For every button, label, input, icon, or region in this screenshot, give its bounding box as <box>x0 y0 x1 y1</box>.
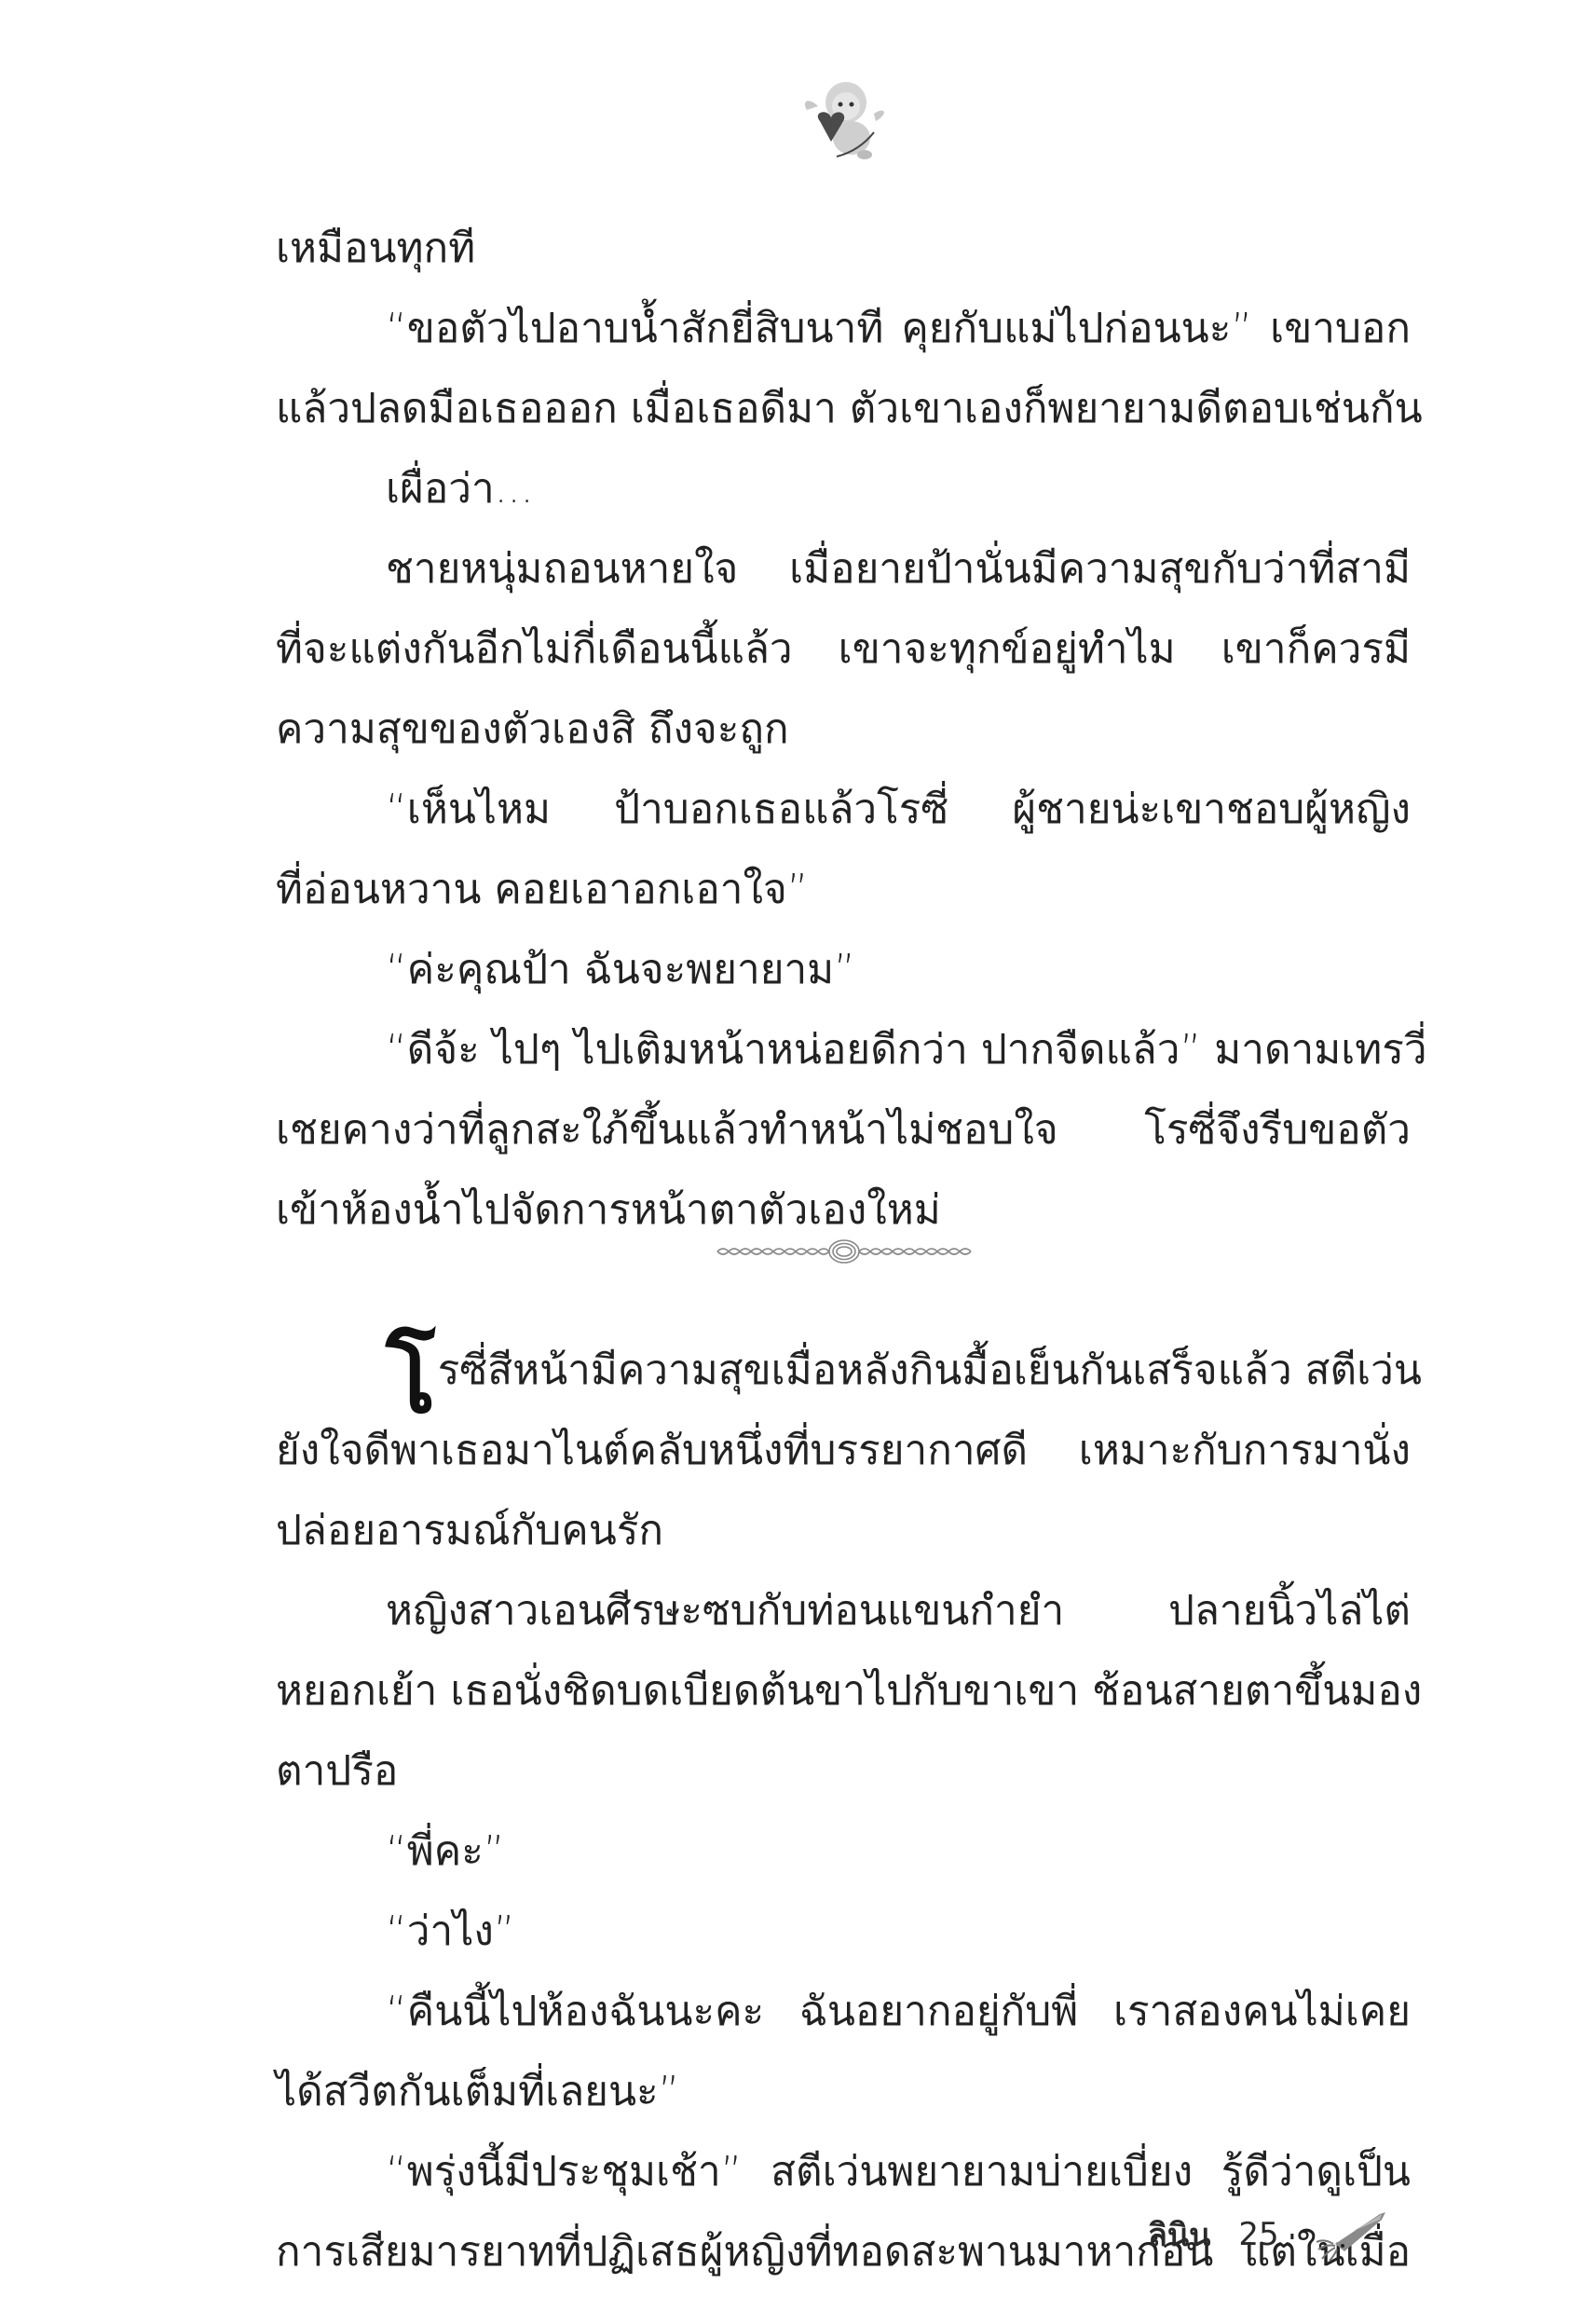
text-line: ที่อ่อนหวาน คอยเอาอกเอาใจ” <box>276 850 1411 930</box>
text-line: ปล่อยอารมณ์กับคนรัก <box>276 1491 1411 1571</box>
text-line: ความสุขของตัวเองสิ ถึงจะถูก <box>276 690 1411 770</box>
text-line: ได้สวีตกันเต็มที่เลยนะ” <box>276 2052 1411 2132</box>
ornamental-divider-icon <box>714 1238 975 1265</box>
text-line: “เห็นไหม ป้าบอกเธอแล้วโรซี่ ผู้ชายน่ะเขา… <box>276 770 1411 850</box>
text-line: “ขอตัวไปอาบน้ำสักยี่สิบนาที คุยกับแม่ไปก… <box>276 289 1411 369</box>
text-line-drop-cap: โรซี่สีหน้ามีความสุขเมื่อหลังกินมื้อเย็น… <box>276 1331 1411 1411</box>
text-line: “คืนนี้ไปห้องฉันนะคะ ฉันอยากอยู่กับพี่ เ… <box>276 1972 1411 2052</box>
text-line: ชายหนุ่มถอนหายใจ เมื่อยายป้านั่นมีความสุ… <box>276 529 1411 609</box>
text-line: เผื่อว่า... <box>276 449 1411 529</box>
text-line: “พรุ่งนี้มีประชุมเช้า” สตีเว่นพยายามบ่าย… <box>276 2132 1411 2212</box>
text-line: ตาปรือ <box>276 1731 1411 1812</box>
text-line: “ค่ะคุณป้า ฉันจะพยายาม” <box>276 930 1411 1010</box>
page-number: 25 <box>1238 2216 1278 2253</box>
text-line: รซี่สีหน้ามีความสุขเมื่อหลังกินมื้อเย็นก… <box>438 1347 1422 1394</box>
text-line: ยังใจดีพาเธอมาไนต์คลับหนึ่งที่บรรยากาศดี… <box>276 1411 1411 1491</box>
section-divider <box>276 1251 1411 1331</box>
text-line: ที่จะแต่งกันอีกไม่กี่เดือนนี้แล้ว เขาจะท… <box>276 609 1411 690</box>
text-line: “พี่คะ” <box>276 1812 1411 1892</box>
cherub-decoration-icon <box>799 75 893 168</box>
page-footer: ลินิน 25 <box>1148 2207 1391 2263</box>
text-line: หยอกเย้า เธอนั่งชิดบดเบียดต้นขาไปกับขาเข… <box>276 1651 1411 1731</box>
text-line: หญิงสาวเอนศีรษะซบกับท่อนแขนกำยำ ปลายนิ้ว… <box>276 1571 1411 1651</box>
text-line: “ดีจ้ะ ไปๆ ไปเติมหน้าหน่อยดีกว่า ปากจืดแ… <box>276 1010 1411 1090</box>
text-line: “ว่าไง” <box>276 1892 1411 1972</box>
text-line: เหมือนทุกที <box>276 209 1411 289</box>
body-text: เหมือนทุกที “ขอตัวไปอาบน้ำสักยี่สิบนาที … <box>276 209 1411 2292</box>
text-line: เชยคางว่าที่ลูกสะใภ้ขึ้นแล้วทำหน้าไม่ชอบ… <box>276 1090 1411 1170</box>
book-page: เหมือนทุกที “ขอตัวไปอาบน้ำสักยี่สิบนาที … <box>0 0 1596 2311</box>
book-title: ลินิน <box>1148 2209 1210 2260</box>
text-line: แล้วปลดมือเธอออก เมื่อเธอดีมา ตัวเขาเองก… <box>276 369 1411 449</box>
squid-icon <box>1307 2207 1391 2263</box>
drop-cap: โ <box>386 1342 436 1416</box>
